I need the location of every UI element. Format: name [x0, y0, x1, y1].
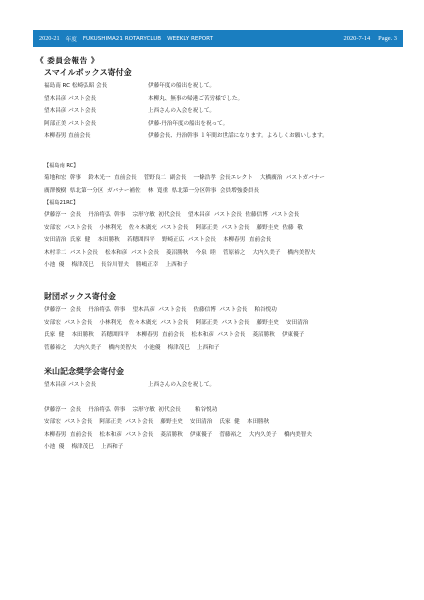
- yoneyama-title: 米山記念奨学会寄付金: [44, 365, 312, 379]
- names-line: 木村幸二 パスト会長 松本和彦 パスト会長 菱沼勝秋 今泉 睦 菅原裕之 大内久…: [44, 247, 325, 260]
- guest-list-section: 【福島南 RC】 菊地和宏 幹事 鈴木光一 直前会長 菅野良二 副会長 一條浩孝…: [44, 160, 325, 272]
- donor: 本柳春男 直前会長: [44, 130, 148, 143]
- donor: 望木昌彦 パスト会長: [44, 379, 148, 392]
- report-date: 2020-7-14: [344, 35, 371, 42]
- names-line: 小池 優 梅津茂巳 長谷川智夫 勝嶋正幸 上西和子: [44, 259, 325, 272]
- club-tag-minami: 【福島南 RC】: [44, 160, 325, 172]
- names-line: 安田清治 氏家 健 本田勝秋 若穂囲四平 野崎正広 パスト会長 本柳春男 直前会…: [44, 234, 325, 247]
- header-left: 2020-21 年度 FUKUSHIMA21 ROTARYCLUB WEEKLY…: [39, 35, 213, 43]
- names-line: 伊藤淳一 会長 丹治将弘 幹事 宗形守敏 初代会長 望木昌彦 パスト会長 佐藤信…: [44, 209, 325, 222]
- names-line: 菊地和宏 幹事 鈴木光一 直前会長 菅野良二 副会長 一條浩孝 会長エレクト 大…: [44, 172, 325, 185]
- names-line: 廣澤俊樹 県北第一分区 ガバナー補佐 林 寛重 県北第一分区幹事 会員増強委員長: [44, 185, 325, 198]
- donation-message: 上西さんの入会を祝して。: [148, 105, 215, 118]
- donation-message: 伊藤会長、丹治幹事 １年間お世話になります。よろしくお願いします。: [148, 130, 328, 143]
- donor: 福島南 RC 松崎弘昭 会長: [44, 80, 148, 93]
- donation-message: 伊藤-丹治年度の船出を祝って。: [148, 118, 228, 131]
- donation-row: 望木昌彦 パスト会長上西さんの入会を祝して。: [44, 105, 328, 118]
- donation-row: 福島南 RC 松崎弘昭 会長伊藤年度の船出を祝して。: [44, 80, 328, 93]
- donor: 望木昌彦 パスト会長: [44, 105, 148, 118]
- header-right: 2020-7-14 Page. 3: [344, 35, 397, 42]
- donation-message: 本柳丸、無事の帰港ご苦労様でした。: [148, 93, 243, 106]
- donor: 阿部正美 パスト会長: [44, 118, 148, 131]
- page-number: Page. 3: [378, 35, 397, 42]
- club-name: FUKUSHIMA21 ROTARYCLUB: [83, 36, 161, 42]
- names-line: 本柳春男 直前会長 松本和彦 パスト会長 菱沼勝秋 伊東優子 菅藤裕之 大内久美…: [44, 429, 312, 442]
- donation-message: 伊藤年度の船出を祝して。: [148, 80, 215, 93]
- donation-row: 本柳春男 直前会長伊藤会長、丹治幹事 １年間お世話になります。よろしくお願いしま…: [44, 130, 328, 143]
- names-line: 安部宏 パスト会長 小林利光 佐々木廣充 パスト会長 阿部正美 パスト会長 藤野…: [44, 317, 308, 330]
- donation-row: 望木昌彦 パスト会長上西さんの入会を祝して。: [44, 379, 312, 392]
- report-name: WEEKLY REPORT: [167, 36, 213, 42]
- section-heading: 《 委員会報告 》: [36, 55, 99, 66]
- names-line: 菅藤裕之 大内久美子 橋内美智夫 小池優 梅津茂巳 上西和子: [44, 342, 308, 355]
- spacer: [44, 392, 312, 404]
- names-line: 安部宏 パスト会長 阿部正美 パスト会長 藤野圭史 安田清治 氏家 健 本田勝秋: [44, 416, 312, 429]
- foundation-box-section: 財団ボックス寄付金 伊藤淳一 会長 丹治将弘 幹事 望木昌彦 パスト会長 佐藤信…: [44, 290, 308, 354]
- names-line: 伊藤淳一 会長 丹治将弘 幹事 宗形守敏 初代会長 粕谷悦功: [44, 404, 312, 417]
- names-line: 伊藤淳一 会長 丹治将弘 幹事 望木昌彦 パスト会長 佐藤信博 パスト会長 粕谷…: [44, 304, 308, 317]
- smile-box-section: スマイルボックス寄付金 福島南 RC 松崎弘昭 会長伊藤年度の船出を祝して。 望…: [44, 66, 328, 143]
- foundation-box-title: 財団ボックス寄付金: [44, 290, 308, 304]
- names-line: 安部宏 パスト会長 小林利光 佐々木廣充 パスト会長 阿部正美 パスト会長 藤野…: [44, 222, 325, 235]
- yoneyama-section: 米山記念奨学会寄付金 望木昌彦 パスト会長上西さんの入会を祝して。 伊藤淳一 会…: [44, 365, 312, 454]
- donation-row: 阿部正美 パスト会長伊藤-丹治年度の船出を祝って。: [44, 118, 328, 131]
- donation-row: 望木昌彦 パスト会長本柳丸、無事の帰港ご苦労様でした。: [44, 93, 328, 106]
- report-header-bar: 2020-21 年度 FUKUSHIMA21 ROTARYCLUB WEEKLY…: [33, 30, 403, 47]
- fiscal-year-suffix: 年度: [66, 35, 77, 43]
- smile-box-title: スマイルボックス寄付金: [44, 66, 328, 80]
- donation-message: 上西さんの入会を祝して。: [148, 379, 215, 392]
- names-line: 小池 優 梅津茂巳 上西和子: [44, 441, 312, 454]
- donor: 望木昌彦 パスト会長: [44, 93, 148, 106]
- fiscal-year: 2020-21: [39, 35, 60, 42]
- club-tag-f21: 【福島21RC】: [44, 197, 325, 209]
- names-line: 氏家 健 本田勝秋 若穂囲四平 本柳春男 直前会長 松本和彦 パスト会長 菱沼勝…: [44, 329, 308, 342]
